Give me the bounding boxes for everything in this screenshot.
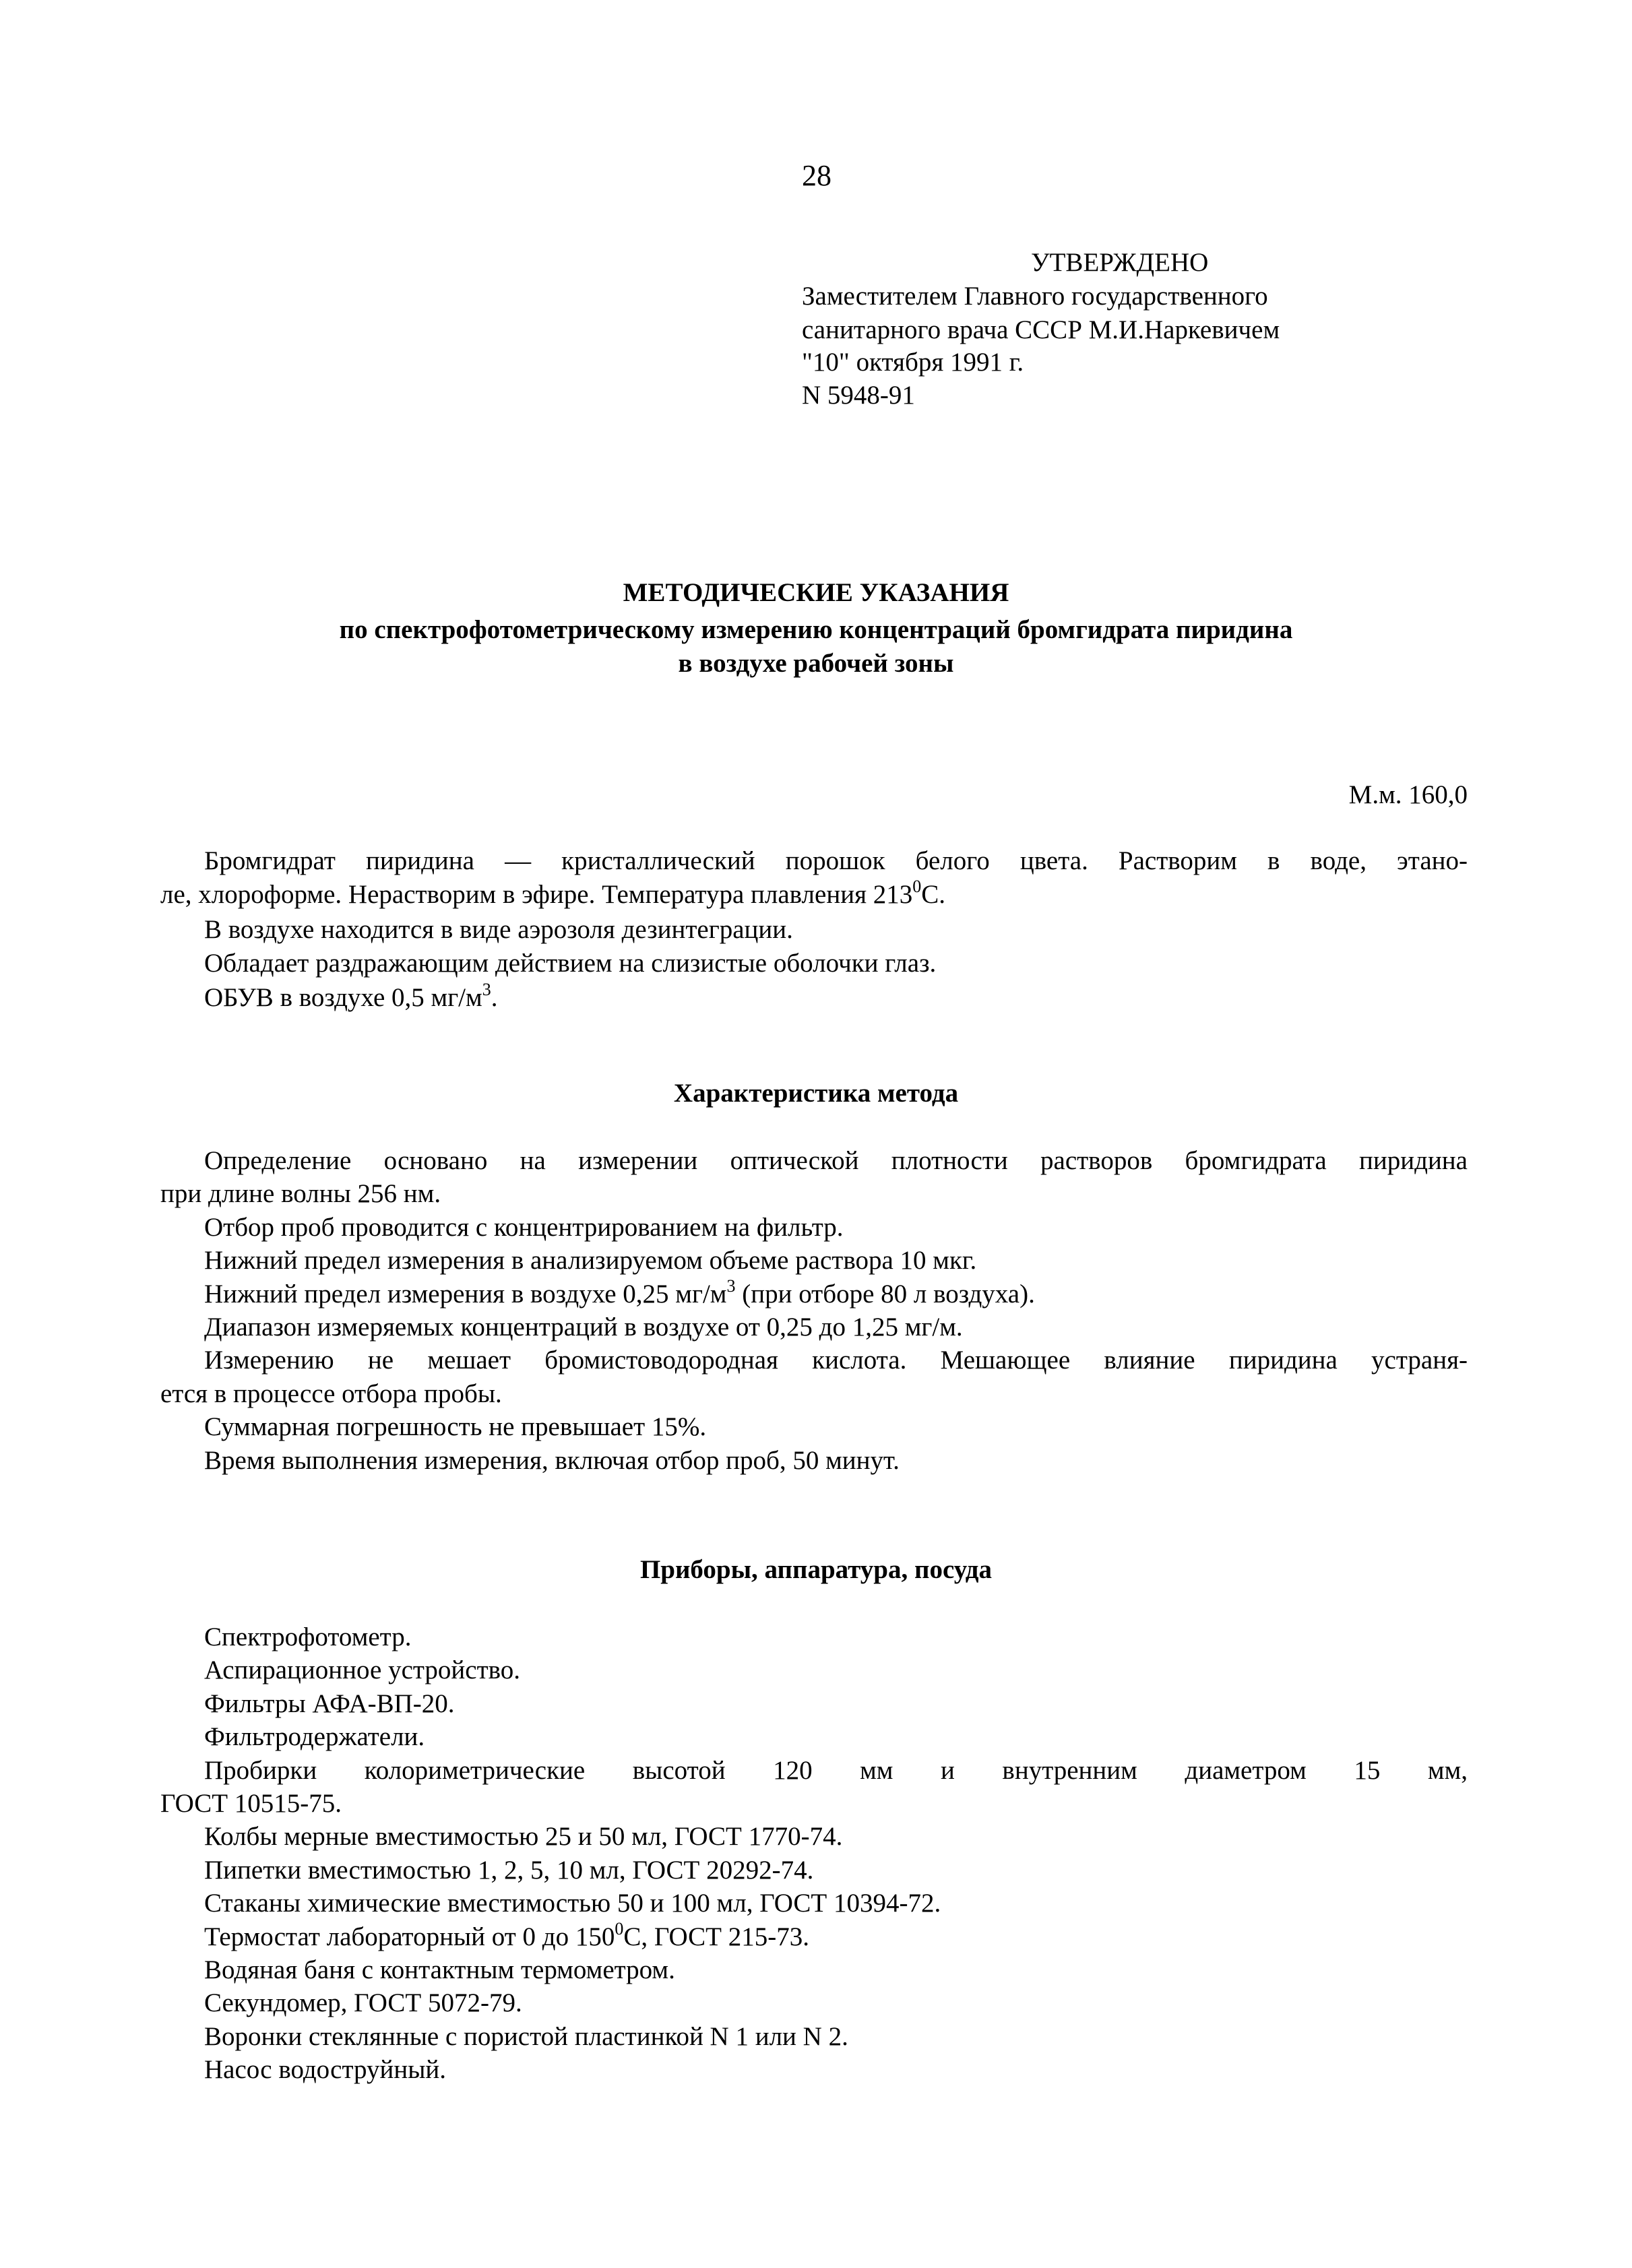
text: ОБУВ в воздухе 0,5 мг/м bbox=[204, 983, 482, 1012]
page-number: 28 bbox=[802, 159, 831, 193]
title-subtitle-line1: по спектрофотометрическому измерению кон… bbox=[0, 613, 1632, 647]
intro-line: Обладает раздражающим действием на слизи… bbox=[204, 947, 936, 980]
equipment-item: Насос водоструйный. bbox=[204, 2053, 446, 2087]
text: . bbox=[491, 983, 498, 1012]
degree-superscript: 0 bbox=[615, 1919, 623, 1939]
approval-line: "10" октября 1991 г. bbox=[802, 346, 1024, 379]
equipment-item: Пробирки колориметрические высотой 120 м… bbox=[204, 1754, 1468, 1788]
section-heading-equipment: Приборы, аппаратура, посуда bbox=[0, 1553, 1632, 1587]
equipment-item: Фильтродержатели. bbox=[204, 1720, 425, 1754]
text: С, ГОСТ 215-73. bbox=[623, 1922, 809, 1951]
method-line: Нижний предел измерения в воздухе 0,25 м… bbox=[204, 1278, 1035, 1311]
method-line: Измерению не мешает бромистоводородная к… bbox=[204, 1344, 1468, 1377]
intro-line: ле, хлороформе. Нерастворим в эфире. Тем… bbox=[160, 878, 945, 912]
equipment-item: Стаканы химические вместимостью 50 и 100… bbox=[204, 1887, 941, 1920]
method-line: при длине волны 256 нм. bbox=[160, 1177, 441, 1211]
equipment-item: Фильтры АФА-ВП-20. bbox=[204, 1687, 455, 1721]
molecular-mass: М.м. 160,0 bbox=[1349, 778, 1468, 812]
method-line: ется в процессе отбора пробы. bbox=[160, 1377, 502, 1411]
cube-superscript: 3 bbox=[482, 980, 491, 999]
equipment-item: Водяная баня с контактным термометром. bbox=[204, 1953, 675, 1987]
intro-line: Бромгидрат пиридина — кристаллический по… bbox=[204, 844, 1468, 878]
approval-line: N 5948-91 bbox=[802, 379, 915, 412]
intro-line: В воздухе находится в виде аэрозоля дези… bbox=[204, 913, 793, 947]
approval-heading: УТВЕРЖДЕНО bbox=[1031, 246, 1208, 280]
method-line: Диапазон измеряемых концентраций в возду… bbox=[204, 1311, 963, 1344]
text: Нижний предел измерения в воздухе 0,25 м… bbox=[204, 1280, 726, 1309]
approval-line: санитарного врача СССР М.И.Наркевичем bbox=[802, 313, 1280, 347]
text: С. bbox=[921, 880, 945, 909]
method-line: Суммарная погрешность не превышает 15%. bbox=[204, 1410, 706, 1444]
text: (при отборе 80 л воздуха). bbox=[735, 1280, 1034, 1309]
title-subtitle-line2: в воздухе рабочей зоны bbox=[0, 647, 1632, 681]
cube-superscript: 3 bbox=[726, 1276, 735, 1296]
equipment-item: Воронки стеклянные с пористой пластинкой… bbox=[204, 2020, 848, 2054]
equipment-item: Термостат лабораторный от 0 до 1500С, ГО… bbox=[204, 1920, 809, 1954]
text: Термостат лабораторный от 0 до 150 bbox=[204, 1922, 615, 1951]
equipment-item: Спектрофотометр. bbox=[204, 1620, 411, 1654]
approval-line: Заместителем Главного государственного bbox=[802, 280, 1268, 313]
equipment-item: Колбы мерные вместимостью 25 и 50 мл, ГО… bbox=[204, 1820, 842, 1854]
equipment-item: Секундомер, ГОСТ 5072-79. bbox=[204, 1986, 522, 2020]
method-line: Время выполнения измерения, включая отбо… bbox=[204, 1444, 900, 1478]
text: ле, хлороформе. Нерастворим в эфире. Тем… bbox=[160, 880, 912, 909]
equipment-item: Пипетки вместимостью 1, 2, 5, 10 мл, ГОС… bbox=[204, 1854, 813, 1887]
equipment-item: Аспирационное устройство. bbox=[204, 1653, 520, 1687]
method-line: Определение основано на измерении оптиче… bbox=[204, 1144, 1468, 1178]
method-line: Нижний предел измерения в анализируемом … bbox=[204, 1244, 976, 1278]
degree-superscript: 0 bbox=[912, 877, 921, 896]
intro-line: ОБУВ в воздухе 0,5 мг/м3. bbox=[204, 981, 497, 1015]
equipment-item: ГОСТ 10515-75. bbox=[160, 1787, 342, 1821]
section-heading-method: Характеристика метода bbox=[0, 1077, 1632, 1110]
title-main: МЕТОДИЧЕСКИЕ УКАЗАНИЯ bbox=[0, 576, 1632, 610]
method-line: Отбор проб проводится с концентрирование… bbox=[204, 1211, 844, 1245]
